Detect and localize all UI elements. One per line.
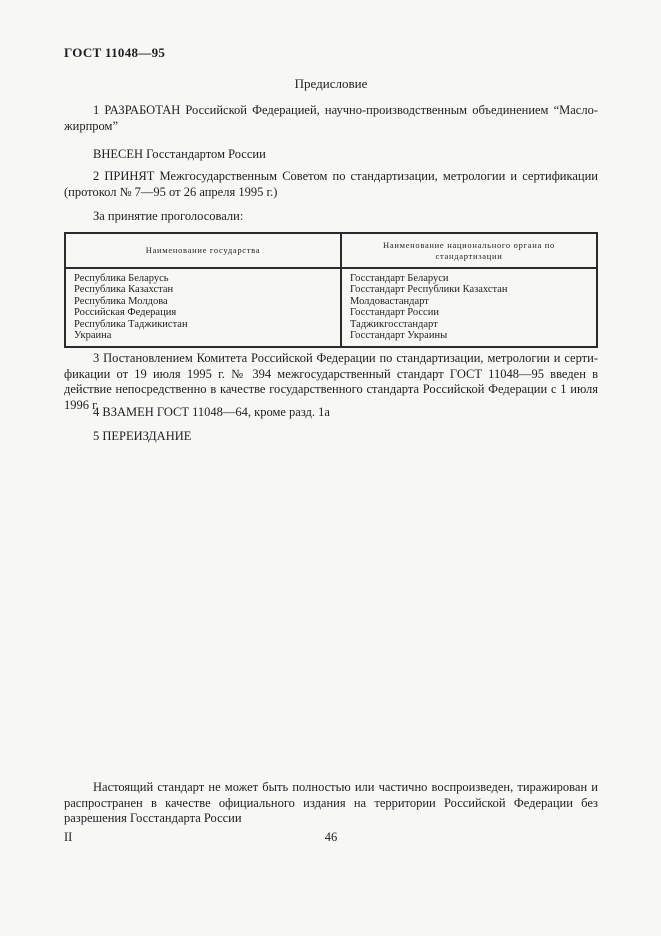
standards-body-cell: Госстандарт Республики Казахстан [341, 284, 597, 295]
clause-1-developed: 1 РАЗРАБОТАН Российской Федерацией, науч… [64, 103, 598, 134]
table-row: Украина Госстандарт Украины [65, 330, 597, 347]
table-row: Российская Федерация Госстандарт России [65, 307, 597, 318]
document-page: ГОСТ 11048—95 Предисловие 1 РАЗРАБОТАН Р… [0, 0, 661, 936]
header-standards-body: Наименование национального органа по ста… [341, 233, 597, 268]
standards-body-cell: Госстандарт Беларуси [341, 268, 597, 284]
table-row: Республика Казахстан Госстандарт Республ… [65, 284, 597, 295]
clause-2-accepted: 2 ПРИНЯТ Межгосударственным Советом по с… [64, 169, 598, 200]
standards-body-cell: Госстандарт Украины [341, 330, 597, 347]
state-name-cell: Украина [65, 330, 341, 347]
table-header-row: Наименование государства Наименование на… [65, 233, 597, 268]
standards-body-cell: Молдовастандарт [341, 296, 597, 307]
header-standards-body-label: Наименование национального органа по ста… [367, 240, 572, 261]
standards-body-cell: Госстандарт России [341, 307, 597, 318]
preface-title: Предисловие [64, 76, 598, 92]
state-name-cell: Российская Федерация [65, 307, 341, 318]
clause-4-replaces: 4 ВЗАМЕН ГОСТ 11048—64, кроме разд. 1а [64, 405, 598, 421]
standards-body-cell: Таджикгосстандарт [341, 319, 597, 330]
vote-intro: За принятие проголосовали: [64, 209, 598, 225]
table-row: Республика Таджикистан Таджикгосстандарт [65, 319, 597, 330]
state-name-cell: Республика Казахстан [65, 284, 341, 295]
state-name-cell: Республика Молдова [65, 296, 341, 307]
header-state-name: Наименование государства [65, 233, 341, 268]
state-name-cell: Республика Таджикистан [65, 319, 341, 330]
page-number: 46 [64, 830, 598, 845]
table-row: Республика Молдова Молдовастандарт [65, 296, 597, 307]
table-row: Республика Беларусь Госстандарт Беларуси [65, 268, 597, 284]
document-code: ГОСТ 11048—95 [64, 45, 598, 61]
clause-submitted: ВНЕСЕН Госстандартом России [64, 147, 598, 163]
state-name-cell: Республика Беларусь [65, 268, 341, 284]
vote-table: Наименование государства Наименование на… [64, 232, 598, 348]
copyright-notice: Настоящий стандарт не может быть полност… [64, 780, 598, 827]
header-state-name-label: Наименование государства [146, 245, 261, 256]
clause-5-reissue: 5 ПЕРЕИЗДАНИЕ [64, 429, 598, 445]
